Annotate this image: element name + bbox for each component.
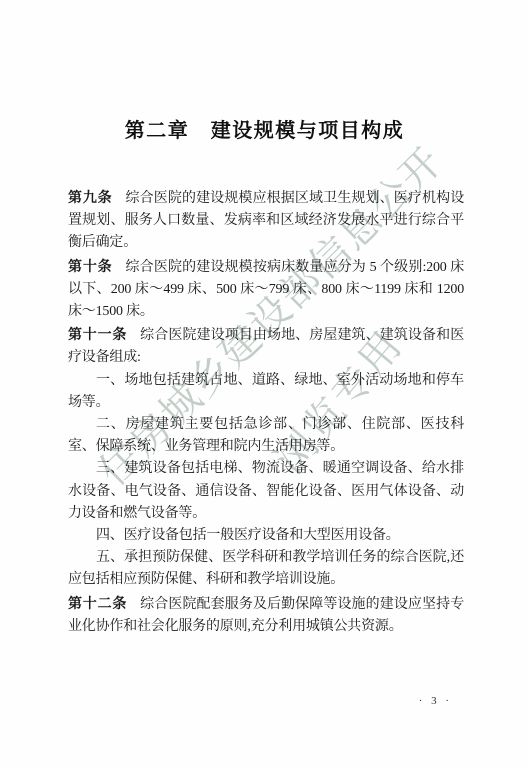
chapter-title: 第二章 建设规模与项目构成	[0, 0, 529, 143]
article-text: 一、场地包括建筑占地、道路、绿地、室外活动场地和停车场等。	[68, 373, 464, 410]
article-text: 综合医院的建设规模按病床数量应分为 5 个级别:200 床以下、200 床～49…	[68, 260, 464, 319]
article-paragraph: 五、承担预防保健、医学科研和教学培训任务的综合医院,还应包括相应预防保健、科研和…	[68, 547, 464, 591]
article-text: 三、建筑设备包括电梯、物流设备、暖通空调设备、给水排水设备、电气设备、通信设备、…	[68, 461, 464, 520]
article-text: 四、医疗设备包括一般医疗设备和大型医用设备。	[96, 528, 400, 543]
article-label: 第十一条	[68, 326, 127, 342]
article-paragraph: 二、房屋建筑主要包括急诊部、门诊部、住院部、医技科室、保障系统、业务管理和院内生…	[68, 414, 464, 458]
document-page: 住房城乡建设部信息公开 浏览专用 第二章 建设规模与项目构成 第九条综合医院的建…	[0, 0, 529, 767]
article-paragraph: 一、场地包括建筑占地、道路、绿地、室外活动场地和停车场等。	[68, 370, 464, 414]
article-text: 二、房屋建筑主要包括急诊部、门诊部、住院部、医技科室、保障系统、业务管理和院内生…	[68, 417, 464, 454]
article-list: 第九条综合医院的建设规模应根据区域卫生规划、医疗机构设置规划、服务人口数量、发病…	[68, 186, 464, 638]
article-label: 第十条	[68, 258, 113, 274]
article-paragraph: 第十一条综合医院建设项目由场地、房屋建筑、建筑设备和医疗设备组成:	[68, 323, 464, 369]
article-paragraph: 第十二条综合医院配套服务及后勤保障等设施的建设应坚持专业化协作和社会化服务的原则…	[68, 592, 464, 638]
article-paragraph: 四、医疗设备包括一般医疗设备和大型医用设备。	[68, 525, 464, 547]
article-label: 第九条	[68, 189, 112, 205]
article-paragraph: 第九条综合医院的建设规模应根据区域卫生规划、医疗机构设置规划、服务人口数量、发病…	[68, 186, 464, 255]
article-text: 五、承担预防保健、医学科研和教学培训任务的综合医院,还应包括相应预防保健、科研和…	[68, 550, 464, 587]
article-text: 综合医院建设项目由场地、房屋建筑、建筑设备和医疗设备组成:	[68, 328, 464, 365]
page-content: 第二章 建设规模与项目构成 第九条综合医院的建设规模应根据区域卫生规划、医疗机构…	[0, 0, 529, 143]
article-text: 综合医院的建设规模应根据区域卫生规划、医疗机构设置规划、服务人口数量、发病率和区…	[68, 191, 464, 250]
page-number: · 3 ·	[419, 695, 452, 707]
article-paragraph: 第十条综合医院的建设规模按病床数量应分为 5 个级别:200 床以下、200 床…	[68, 255, 464, 324]
article-paragraph: 三、建筑设备包括电梯、物流设备、暖通空调设备、给水排水设备、电气设备、通信设备、…	[68, 458, 464, 525]
article-label: 第十二条	[68, 595, 127, 611]
article-text: 综合医院配套服务及后勤保障等设施的建设应坚持专业化协作和社会化服务的原则,充分利…	[68, 597, 464, 634]
